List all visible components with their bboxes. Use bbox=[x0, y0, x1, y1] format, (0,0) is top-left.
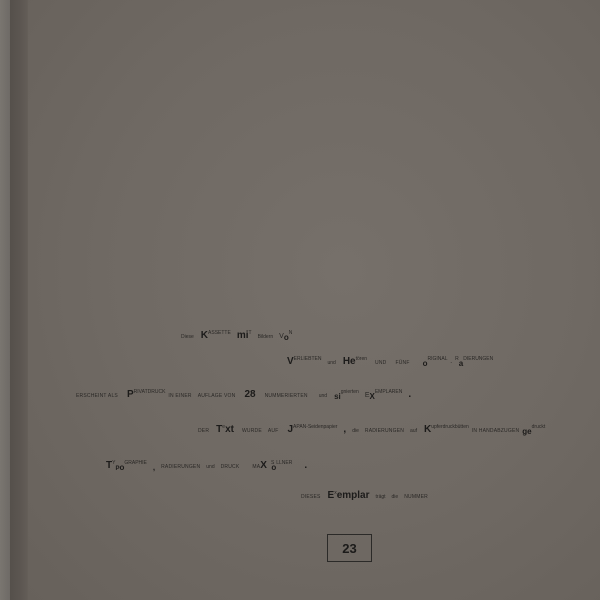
edition-size: 28 bbox=[244, 389, 255, 400]
colophon-page bbox=[28, 0, 600, 600]
text-fragment: , bbox=[153, 463, 155, 472]
text-fragment: in EINER bbox=[168, 393, 191, 399]
text-fragment: AUF bbox=[268, 428, 279, 434]
text-fragment: . bbox=[304, 460, 307, 471]
text-fragment: , bbox=[343, 424, 346, 435]
text-capital: X bbox=[260, 460, 267, 471]
text-fragment: druckt bbox=[532, 424, 546, 430]
text-fragment: UND bbox=[375, 360, 386, 366]
text-fragment: gnierten bbox=[341, 389, 359, 395]
colophon-line-6: DIESES E x emplar trägt die NUMMER bbox=[298, 490, 431, 501]
text-fragment: emplar bbox=[337, 490, 370, 501]
text-fragment: RADIERUNGEN bbox=[161, 464, 200, 470]
text-fragment: APAN-Seidenpapier bbox=[293, 424, 337, 430]
text-capital: K bbox=[201, 330, 208, 341]
text-fragment: NUMMER bbox=[404, 494, 428, 500]
text-fragment: upferdruckbütten bbox=[431, 424, 469, 430]
text-fragment: si bbox=[334, 392, 341, 401]
colophon-line-1: Diese K ASSETTE mi T Bildern V o N bbox=[178, 330, 292, 341]
text-capital: P bbox=[127, 389, 134, 400]
text-fragment: DIESES bbox=[301, 494, 321, 500]
text-fragment: DIERUNGEN bbox=[463, 356, 493, 362]
text-fragment: EMPLAREN bbox=[375, 389, 403, 395]
text-capital: mi bbox=[237, 330, 249, 341]
text-fragment: MA bbox=[252, 464, 260, 470]
text-fragment: N bbox=[289, 330, 293, 336]
text-fragment: ERSCHEINT als bbox=[76, 393, 118, 399]
text-fragment: AUFLAGE von bbox=[198, 393, 236, 399]
text-fragment: WURDE bbox=[242, 428, 262, 434]
text-fragment: tören bbox=[356, 356, 367, 362]
copy-number-box: 23 bbox=[327, 534, 372, 562]
text-fragment: die bbox=[352, 428, 359, 434]
colophon-line-4: DER T e xt WURDE AUF J APAN-Seidenpapier… bbox=[195, 424, 545, 435]
text-capital: V bbox=[287, 356, 294, 367]
text-fragment: ge bbox=[522, 427, 531, 436]
text-fragment: und bbox=[206, 464, 214, 470]
text-fragment: T bbox=[249, 330, 252, 336]
text-fragment: DER bbox=[198, 428, 209, 434]
text-fragment: RIGINAL bbox=[427, 356, 447, 362]
text-fragment: ASSETTE bbox=[208, 330, 231, 336]
text-fragment: ERLIEBTEN bbox=[294, 356, 322, 362]
text-fragment: GRAPHIE bbox=[124, 460, 147, 466]
text-fragment: und bbox=[319, 393, 327, 399]
colophon-line-5: T Y P o GRAPHIE , RADIERUNGEN und DRUCK … bbox=[106, 460, 307, 471]
text-fragment: die bbox=[392, 494, 399, 500]
colophon-line-3: ERSCHEINT als P RIVATDRUCK in EINER AUFL… bbox=[73, 389, 411, 400]
text-fragment: und bbox=[327, 360, 335, 366]
text-fragment: in HANDABZUGEN bbox=[472, 428, 520, 434]
text-fragment: Diese bbox=[181, 334, 194, 340]
text-fragment: e bbox=[222, 424, 225, 430]
text-capital: K bbox=[424, 424, 431, 435]
copy-number: 23 bbox=[342, 541, 356, 556]
colophon-line-2: V ERLIEBTEN und He tören UND fünf o RIGI… bbox=[287, 356, 493, 367]
text-fragment: RIVATDRUCK bbox=[134, 389, 166, 395]
text-capital: E bbox=[328, 490, 335, 501]
text-fragment: NUMMERIERTEN bbox=[265, 393, 308, 399]
text-fragment: fünf bbox=[395, 360, 409, 366]
text-fragment: DRUCK bbox=[221, 464, 240, 470]
gutter-shadow bbox=[10, 0, 28, 600]
text-fragment: auf bbox=[410, 428, 417, 434]
text-fragment: x bbox=[334, 490, 337, 496]
text-fragment: LLNER bbox=[276, 460, 292, 466]
text-fragment: trägt bbox=[376, 494, 386, 500]
text-fragment: xt bbox=[225, 424, 234, 435]
text-fragment: . bbox=[408, 389, 411, 400]
book-spine-edge bbox=[0, 0, 10, 600]
text-capital: He bbox=[343, 356, 356, 367]
text-fragment: Bildern bbox=[258, 334, 274, 340]
text-fragment: RADIERUNGen bbox=[365, 428, 404, 434]
text-fragment: - bbox=[451, 360, 453, 366]
